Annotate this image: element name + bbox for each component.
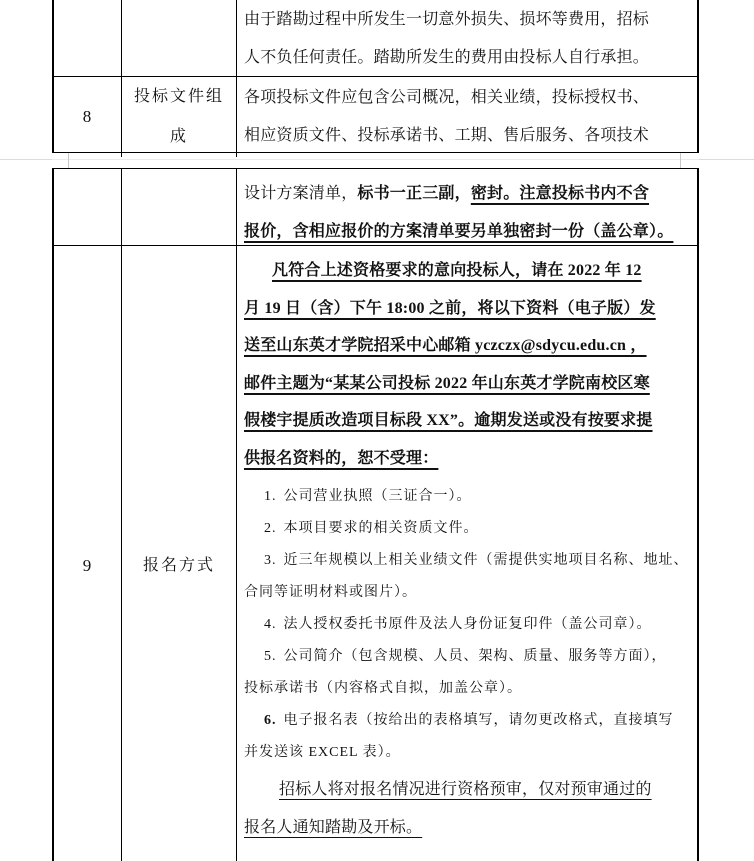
row8c-bold-text: 标书一正三副， [357,185,470,202]
item-number: 6. [264,713,277,728]
list-item-continuation: 合同等证明材料或图片）。 [244,577,693,609]
cell-number-empty [54,169,122,245]
row8-number: 8 [83,107,93,127]
text-line: 邮件主题为“某某公司投标 2022 年山东英才学院南校区寒 [244,365,693,403]
item-number: 1. [264,489,277,504]
page-break-line-left [0,159,52,160]
text-line: 供报名资料的，恕不受理： [244,440,693,478]
text-line: 假楼宇提质改造项目标段 XX”。逾期发送或没有按要求提 [244,402,693,440]
table-row-8-continued: 设计方案清单，标书一正三副，密封。注意投标书内不含 报价，含相应报价的方案清单要… [54,169,697,246]
table-row-site-survey-continued: 由于踏勘过程中所发生一切意外损失、损坏等费用，招标人不负任何责任。踏勘所发生的费… [54,0,697,76]
page-break-line-middle [52,159,699,160]
prequalification-note-paragraph: 招标人将对报名情况进行资格预审，仅对预审通过的报名人通知踏勘及开标。 [244,771,693,847]
cell-row8-label: 投标文件组 成 [122,77,237,157]
text-line: 报价，含相应报价的方案清单要另单独密封一份（盖公章）。 [244,213,693,245]
row8c-bold-underline-text: 密封。注意投标书内不含 [471,185,649,202]
tender-table-page1: 由于踏勘过程中所发生一切意外损失、损坏等费用，招标人不负任何责任。踏勘所发生的费… [52,0,699,153]
page-break-line-right [699,159,754,160]
list-item: 6.电子报名表（按给出的表格填写，请勿更改格式，直接填写 [244,705,693,737]
text-line: 人不负任何责任。踏勘所发生的费用由投标人自行承担。 [244,39,693,76]
cell-label-empty [122,0,237,76]
text-line: 相应资质文件、投标承诺书、工期、售后服务、各项技术 [244,117,693,155]
cell-number-empty [54,0,122,76]
text-line: 月 19 日（含）下午 18:00 之前，将以下资料（电子版）发 [244,290,693,328]
list-item-continuation: 投标承诺书（内容格式自拟，加盖公章）。 [244,673,693,705]
item-number: 3. [264,553,277,568]
cell-row8-number: 8 [54,77,122,157]
table-row-8: 8 投标文件组 成 各项投标文件应包含公司概况，相关业绩，投标授权书、相应资质文… [54,76,697,157]
text-line: 送至山东英才学院招采中心邮箱 yczczx@sdycu.edu.cn ， [244,327,693,365]
text-line: 报名人通知踏勘及开标。 [244,809,693,847]
text-line: 各项投标文件应包含公司概况，相关业绩，投标授权书、 [244,79,693,117]
row8-label-line1: 投标文件组 [134,77,224,117]
row8c-normal-text: 设计方案清单， [244,185,357,202]
text-line: 设计方案清单，标书一正三副，密封。注意投标书内不含 [244,175,693,213]
text-line: 招标人将对报名情况进行资格预审，仅对预审通过的 [244,771,693,809]
cell-label-empty [122,169,237,245]
item-number: 2. [264,521,277,536]
document-page: 由于踏勘过程中所发生一切意外损失、损坏等费用，招标人不负任何责任。踏勘所发生的费… [0,0,754,861]
cell-row9-label: 报名方式 [122,246,237,861]
list-item: 2.本项目要求的相关资质文件。 [244,513,693,545]
list-item: 3.近三年规模以上相关业绩文件（需提供实地项目名称、地址、 [244,545,693,577]
row9-number: 9 [83,556,93,576]
cell-row9-number: 9 [54,246,122,861]
item-number: 4. [264,617,277,632]
row8-label-line2: 成 [170,117,188,157]
table-row-9: 9 报名方式 凡符合上述资格要求的意向投标人，请在 2022 年 12月 19 … [54,246,697,861]
item-number: 5. [264,649,277,664]
cell-row8-content-continued: 设计方案清单，标书一正三副，密封。注意投标书内不含 报价，含相应报价的方案清单要… [237,169,697,245]
row8c-bold-underline-text2: 报价，含相应报价的方案清单要另单独密封一份（盖公章）。 [244,223,673,240]
registration-intro-paragraph: 凡符合上述资格要求的意向投标人，请在 2022 年 12月 19 日（含）下午 … [244,252,693,477]
cell-row8-content: 各项投标文件应包含公司概况，相关业绩，投标授权书、相应资质文件、投标承诺书、工期… [237,77,697,157]
registration-required-items-list: 1.公司营业执照（三证合一）。2.本项目要求的相关资质文件。3.近三年规模以上相… [244,481,693,769]
tender-table-page2: 设计方案清单，标书一正三副，密封。注意投标书内不含 报价，含相应报价的方案清单要… [52,168,699,861]
list-item-continuation: 并发送该 EXCEL 表）。 [244,737,693,769]
list-item: 1.公司营业执照（三证合一）。 [244,481,693,513]
row9-label: 报名方式 [143,546,215,586]
text-line: 由于踏勘过程中所发生一切意外损失、损坏等费用，招标 [244,1,693,39]
cell-row9-content: 凡符合上述资格要求的意向投标人，请在 2022 年 12月 19 日（含）下午 … [237,246,697,861]
list-item: 4.法人授权委托书原件及法人身份证复印件（盖公司章）。 [244,609,693,641]
text-line: 凡符合上述资格要求的意向投标人，请在 2022 年 12 [244,252,693,290]
cell-content-survey: 由于踏勘过程中所发生一切意外损失、损坏等费用，招标人不负任何责任。踏勘所发生的费… [237,0,697,76]
list-item: 5.公司简介（包含规模、人员、架构、质量、服务等方面）， [244,641,693,673]
